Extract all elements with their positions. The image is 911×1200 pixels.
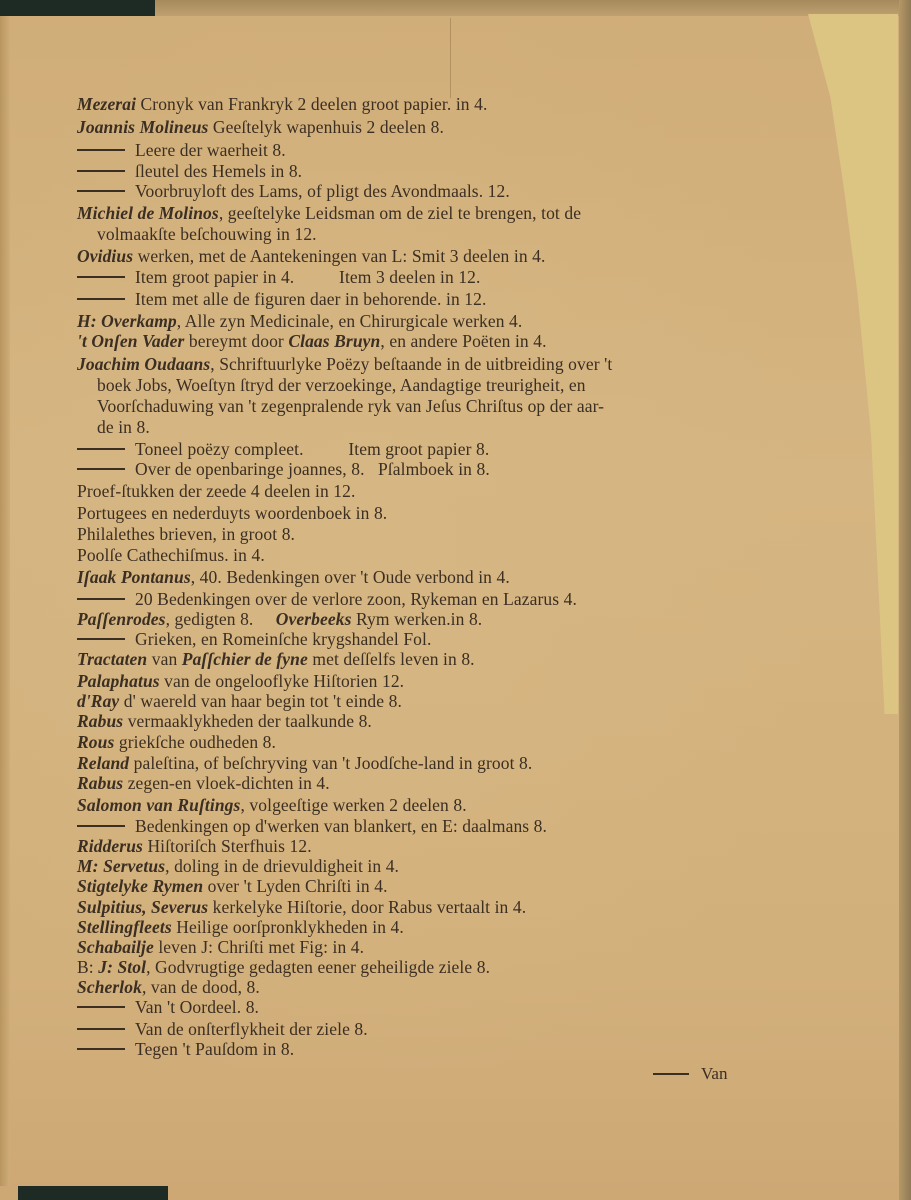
entry-text: Voorbruyloft des Lams, of pligt des Avon… — [135, 181, 510, 201]
entry-text: griekſche oudheden 8. — [114, 732, 276, 752]
dash-rule — [653, 1073, 689, 1075]
entry-text: Voorſchaduwing van 't zegenpralende ryk … — [97, 396, 604, 416]
entry-text: Toneel poëzy compleet. Item groot papier… — [135, 439, 489, 459]
entry-text: Over de openbaringe joannes, 8. Pſalmboe… — [135, 459, 490, 479]
entry-text: , gedigten 8. — [166, 609, 276, 629]
entry-text: 20 Bedenkingen over de verlore zoon, Ryk… — [135, 589, 577, 609]
entry-text: Philalethes brieven, in groot 8. — [77, 524, 295, 544]
author-name: Claas Bruyn — [288, 331, 380, 351]
catalogue-entry-continuation: boek Jobs, Woeſtyn ſtryd der verzoekinge… — [97, 375, 586, 395]
entry-text: , 40. Bedenkingen over 't Oude verbond i… — [191, 567, 510, 587]
catalogue-entry: Item groot papier in 4. Item 3 deelen in… — [77, 267, 481, 287]
entry-text: leven J: Chriſti met Fig: in 4. — [154, 937, 364, 957]
author-name: Schabailje — [77, 937, 154, 957]
catalogue-entry-continuation: de in 8. — [97, 417, 150, 437]
catalogue-entry: Iſaak Pontanus, 40. Bedenkingen over 't … — [77, 567, 510, 587]
entry-text: over 't Lyden Chriſti in 4. — [203, 876, 387, 896]
catalogue-entry: Ovidius werken, met de Aantekeningen van… — [77, 246, 546, 266]
catalogue-entry: Van 't Oordeel. 8. — [77, 997, 259, 1017]
catalogue-entry: Tegen 't Pauſdom in 8. — [77, 1039, 294, 1059]
entry-text: Poolſe Cathechiſmus. in 4. — [77, 545, 265, 565]
catalogue-entry: Philalethes brieven, in groot 8. — [77, 524, 295, 544]
author-name: Ridderus — [77, 836, 143, 856]
author-name: M: Servetus — [77, 856, 165, 876]
entry-text: d' waereld van haar begin tot 't einde 8… — [119, 691, 402, 711]
entry-text: Cronyk van Frankryk 2 deelen groot papie… — [136, 94, 487, 114]
catalogue-entry: Bedenkingen op d'werken van blankert, en… — [77, 816, 547, 836]
ditto-dash-rule — [77, 190, 125, 192]
book-catalogue-page: Van Mezerai Cronyk van Frankryk 2 deelen… — [0, 0, 911, 1200]
entry-text: Van 't Oordeel. 8. — [135, 997, 259, 1017]
entry-text: bereymt door — [184, 331, 288, 351]
author-name: Stigtelyke Rymen — [77, 876, 203, 896]
catalogue-entry: Stellingfleets Heilige oorſpronklykheden… — [77, 917, 404, 937]
entry-text: , Alle zyn Medicinale, en Chirurgicale w… — [177, 311, 523, 331]
catalogue-entry: Michiel de Molinos, geeſtelyke Leidsman … — [77, 203, 581, 223]
author-name: Paſſenrodes — [77, 609, 166, 629]
ditto-dash-rule — [77, 170, 125, 172]
catalogue-entry: Toneel poëzy compleet. Item groot papier… — [77, 439, 489, 459]
catalogue-entry: Voorbruyloft des Lams, of pligt des Avon… — [77, 181, 510, 201]
entry-text: van — [147, 649, 182, 669]
catalogue-entry: Joachim Oudaans, Schriftuurlyke Poëzy be… — [77, 354, 612, 374]
catalogue-entry: Item met alle de figuren daer in behoren… — [77, 289, 486, 309]
ditto-dash-rule — [77, 149, 125, 151]
ditto-dash-rule — [77, 448, 125, 450]
entry-text: Heilige oorſpronklykheden in 4. — [172, 917, 404, 937]
entry-text: , geeſtelyke Leidsman om de ziel te bren… — [219, 203, 581, 223]
catalogue-entry: Proef-ſtukken der zeede 4 deelen in 12. — [77, 481, 355, 501]
ditto-dash-rule — [77, 598, 125, 600]
author-name: Overbeeks — [276, 609, 352, 629]
author-name: Mezerai — [77, 94, 136, 114]
entry-text: ſleutel des Hemels in 8. — [135, 161, 302, 181]
catalogue-entry: Stigtelyke Rymen over 't Lyden Chriſti i… — [77, 876, 388, 896]
author-name: Salomon van Ruſtings — [77, 795, 240, 815]
ditto-dash-rule — [77, 298, 125, 300]
catalogue-entry: Scherlok, van de dood, 8. — [77, 977, 260, 997]
author-name: Joannis Molineus — [77, 117, 208, 137]
catalogue-entry: Poolſe Cathechiſmus. in 4. — [77, 545, 265, 565]
author-name: Tractaten — [77, 649, 147, 669]
catalogue-entry: Van de onſterflykheit der ziele 8. — [77, 1019, 368, 1039]
ditto-dash-rule — [77, 825, 125, 827]
catalogue-entry: Rous griekſche oudheden 8. — [77, 732, 276, 752]
entry-text: Portugees en nederduyts woordenboek in 8… — [77, 503, 387, 523]
entry-text: Leere der waerheit 8. — [135, 140, 286, 160]
catalogue-entry: Portugees en nederduyts woordenboek in 8… — [77, 503, 387, 523]
author-name: Michiel de Molinos — [77, 203, 219, 223]
entry-text: de in 8. — [97, 417, 150, 437]
entry-text: Proef-ſtukken der zeede 4 deelen in 12. — [77, 481, 355, 501]
entry-text: Bedenkingen op d'werken van blankert, en… — [135, 816, 547, 836]
entry-text: Grieken, en Romeinſche krygshandel Fol. — [135, 629, 431, 649]
author-name: Palaphatus — [77, 671, 160, 691]
catalogue-entry: Joannis Molineus Geeſtelyk wapenhuis 2 d… — [77, 117, 444, 137]
ditto-dash-rule — [77, 1048, 125, 1050]
author-name: H: Overkamp — [77, 311, 177, 331]
entry-text: , doling in de drievuldigheit in 4. — [165, 856, 399, 876]
entry-text: Item groot papier in 4. Item 3 deelen in… — [135, 267, 481, 287]
author-name: Scherlok — [77, 977, 142, 997]
entry-text: vermaaklykheden der taalkunde 8. — [123, 711, 372, 731]
entry-text: Hiſtoriſch Sterfhuis 12. — [143, 836, 312, 856]
entry-text: , Schriftuurlyke Poëzy beſtaande in de u… — [210, 354, 612, 374]
entry-text: volmaakſte beſchouwing in 12. — [97, 224, 317, 244]
author-name: 't Onſen Vader — [77, 331, 184, 351]
catalogue-entry: Rabus zegen-en vloek-dichten in 4. — [77, 773, 330, 793]
entry-text: zegen-en vloek-dichten in 4. — [123, 773, 330, 793]
author-name: Joachim Oudaans — [77, 354, 210, 374]
catalogue-entry: Paſſenrodes, gedigten 8. Overbeeks Rym w… — [77, 609, 482, 629]
ditto-dash-rule — [77, 468, 125, 470]
catalogue-entry: Reland paleſtina, of beſchryving van 't … — [77, 753, 532, 773]
catalogue-entry: Rabus vermaaklykheden der taalkunde 8. — [77, 711, 372, 731]
author-name: Paſſchier de fyne — [182, 649, 308, 669]
ditto-dash-rule — [77, 1028, 125, 1030]
entry-text: werken, met de Aantekeningen van L: Smit… — [133, 246, 545, 266]
catalogue-entry: M: Servetus, doling in de drievuldigheit… — [77, 856, 399, 876]
author-name: Stellingfleets — [77, 917, 172, 937]
catalogue-entry: 't Onſen Vader bereymt door Claas Bruyn,… — [77, 331, 547, 351]
catalogue-entry: Grieken, en Romeinſche krygshandel Fol. — [77, 629, 431, 649]
catalogue-entry: B: J: Stol, Godvrugtige gedagten eener g… — [77, 957, 490, 977]
entry-text: Van de onſterflykheit der ziele 8. — [135, 1019, 368, 1039]
catalogue-entry: Leere der waerheit 8. — [77, 140, 286, 160]
catalogue-entry-continuation: Voorſchaduwing van 't zegenpralende ryk … — [97, 396, 604, 416]
entry-text: , en andere Poëten in 4. — [380, 331, 546, 351]
ditto-dash-rule — [77, 638, 125, 640]
catalogue-entry: ſleutel des Hemels in 8. — [77, 161, 302, 181]
catchword: Van — [653, 1064, 727, 1084]
author-name: Reland — [77, 753, 129, 773]
author-name: Rabus — [77, 711, 123, 731]
entry-text: paleſtina, of beſchryving van 't Joodſch… — [129, 753, 532, 773]
catchword-text: Van — [701, 1064, 727, 1083]
catalogue-entry: Schabailje leven J: Chriſti met Fig: in … — [77, 937, 364, 957]
catalogue-entry: 20 Bedenkingen over de verlore zoon, Ryk… — [77, 589, 577, 609]
entry-text: met deſſelfs leven in 8. — [308, 649, 475, 669]
entry-text: Rym werken.in 8. — [352, 609, 483, 629]
entry-text: Geeſtelyk wapenhuis 2 deelen 8. — [208, 117, 444, 137]
catalogue-entry: Sulpitius, Severus kerkelyke Hiſtorie, d… — [77, 897, 526, 917]
entry-text: , volgeeſtige werken 2 deelen 8. — [240, 795, 466, 815]
entry-text: kerkelyke Hiſtorie, door Rabus vertaalt … — [208, 897, 526, 917]
entry-text: B: — [77, 957, 98, 977]
entry-text: , Godvrugtige gedagten eener geheiligde … — [146, 957, 490, 977]
author-name: J: Stol — [98, 957, 146, 977]
ditto-dash-rule — [77, 276, 125, 278]
catalogue-entry: Ridderus Hiſtoriſch Sterfhuis 12. — [77, 836, 312, 856]
author-name: Ovidius — [77, 246, 133, 266]
entry-text: van de ongelooflyke Hiſtorien 12. — [160, 671, 404, 691]
ditto-dash-rule — [77, 1006, 125, 1008]
author-name: d'Ray — [77, 691, 119, 711]
author-name: Rous — [77, 732, 114, 752]
entry-text: Item met alle de figuren daer in behoren… — [135, 289, 486, 309]
catalogue-entry: Palaphatus van de ongelooflyke Hiſtorien… — [77, 671, 404, 691]
author-name: Sulpitius, Severus — [77, 897, 208, 917]
catalogue-entry: Over de openbaringe joannes, 8. Pſalmboe… — [77, 459, 490, 479]
catalogue-entry: Salomon van Ruſtings, volgeeſtige werken… — [77, 795, 467, 815]
entry-text: Tegen 't Pauſdom in 8. — [135, 1039, 294, 1059]
catalogue-entry-continuation: volmaakſte beſchouwing in 12. — [97, 224, 317, 244]
catalogue-entry: d'Ray d' waereld van haar begin tot 't e… — [77, 691, 402, 711]
entry-text: boek Jobs, Woeſtyn ſtryd der verzoekinge… — [97, 375, 586, 395]
author-name: Rabus — [77, 773, 123, 793]
catalogue-entry: Mezerai Cronyk van Frankryk 2 deelen gro… — [77, 94, 487, 114]
catalogue-entry: Tractaten van Paſſchier de fyne met deſſ… — [77, 649, 475, 669]
entry-text: , van de dood, 8. — [142, 977, 260, 997]
catalogue-entry: H: Overkamp, Alle zyn Medicinale, en Chi… — [77, 311, 522, 331]
author-name: Iſaak Pontanus — [77, 567, 191, 587]
